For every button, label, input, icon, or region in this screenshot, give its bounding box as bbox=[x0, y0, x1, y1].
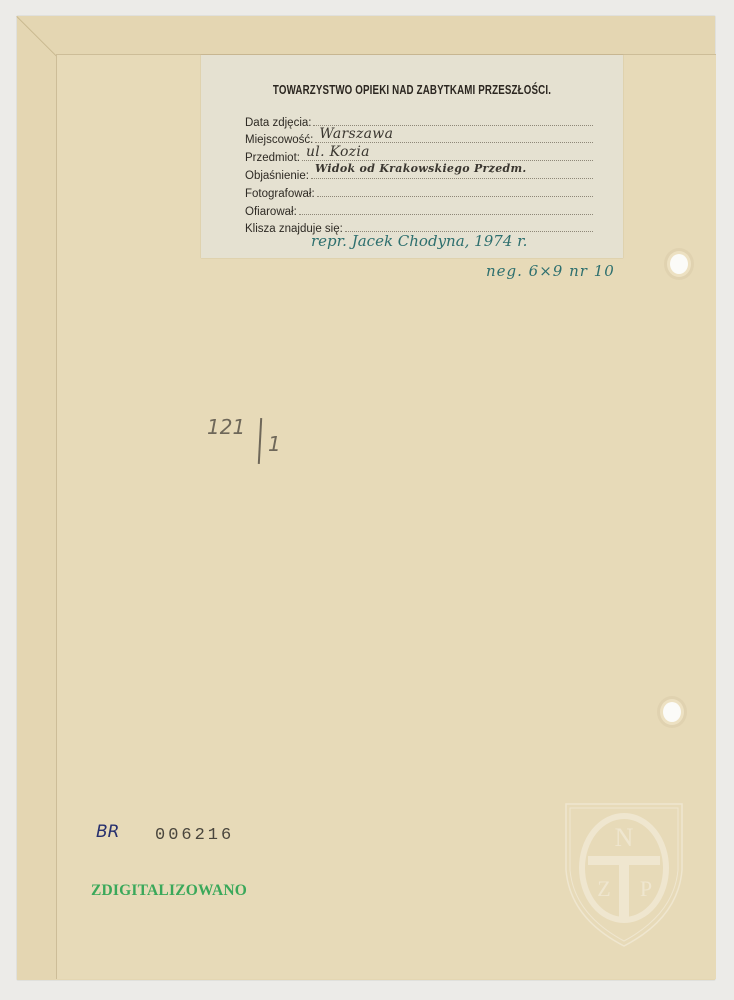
label-title: TOWARZYSTWO OPIEKI NAD ZABYTKAMI PRZESZŁ… bbox=[247, 83, 576, 97]
inventory-stamp-number: 006216 bbox=[155, 826, 234, 845]
field-photographer: Fotografował: bbox=[245, 183, 593, 200]
field-line: ul. Kozia bbox=[302, 156, 593, 161]
field-line bbox=[299, 210, 593, 215]
field-label: Ofiarował: bbox=[245, 206, 299, 218]
field-description: Objaśnienie: Widok od Krakowskiego Przed… bbox=[245, 165, 593, 182]
field-line: Widok od Krakowskiego Przedm. bbox=[311, 174, 593, 179]
field-location: Miejscowość: Warszawa bbox=[245, 129, 593, 146]
punch-hole-top bbox=[670, 254, 688, 274]
svg-text:Z: Z bbox=[597, 876, 610, 901]
svg-text:P: P bbox=[640, 876, 652, 901]
field-label: Przedmiot: bbox=[245, 152, 302, 164]
field-value: ul. Kozia bbox=[306, 144, 370, 160]
svg-text:N: N bbox=[615, 823, 634, 852]
negative-note: neg. 6×9 nr 10 bbox=[486, 262, 615, 280]
field-line: Warszawa bbox=[315, 138, 593, 143]
field-line bbox=[317, 192, 593, 197]
field-value: Widok od Krakowskiego Przedm. bbox=[315, 162, 527, 175]
digitized-stamp: ZDIGITALIZOWANO bbox=[91, 882, 247, 900]
reproduction-note: repr. Jacek Chodyna, 1974 r. bbox=[311, 232, 527, 250]
field-label: Fotografował: bbox=[245, 188, 317, 200]
field-label: Miejscowość: bbox=[245, 134, 315, 146]
br-mark: BR bbox=[96, 822, 119, 842]
field-donor: Ofiarował: bbox=[245, 201, 593, 218]
record-label: TOWARZYSTWO OPIEKI NAD ZABYTKAMI PRZESZŁ… bbox=[201, 55, 623, 258]
pencil-number: 121 bbox=[207, 415, 245, 439]
field-label: Data zdjęcia: bbox=[245, 117, 313, 129]
field-label: Objaśnienie: bbox=[245, 170, 311, 182]
pencil-subnumber: 1 bbox=[268, 432, 281, 456]
field-value: Warszawa bbox=[319, 126, 393, 142]
punch-hole-bottom bbox=[663, 702, 681, 722]
field-photo-date: Data zdjęcia: bbox=[245, 112, 593, 129]
shield-emblem-icon: N Z P bbox=[562, 800, 686, 950]
